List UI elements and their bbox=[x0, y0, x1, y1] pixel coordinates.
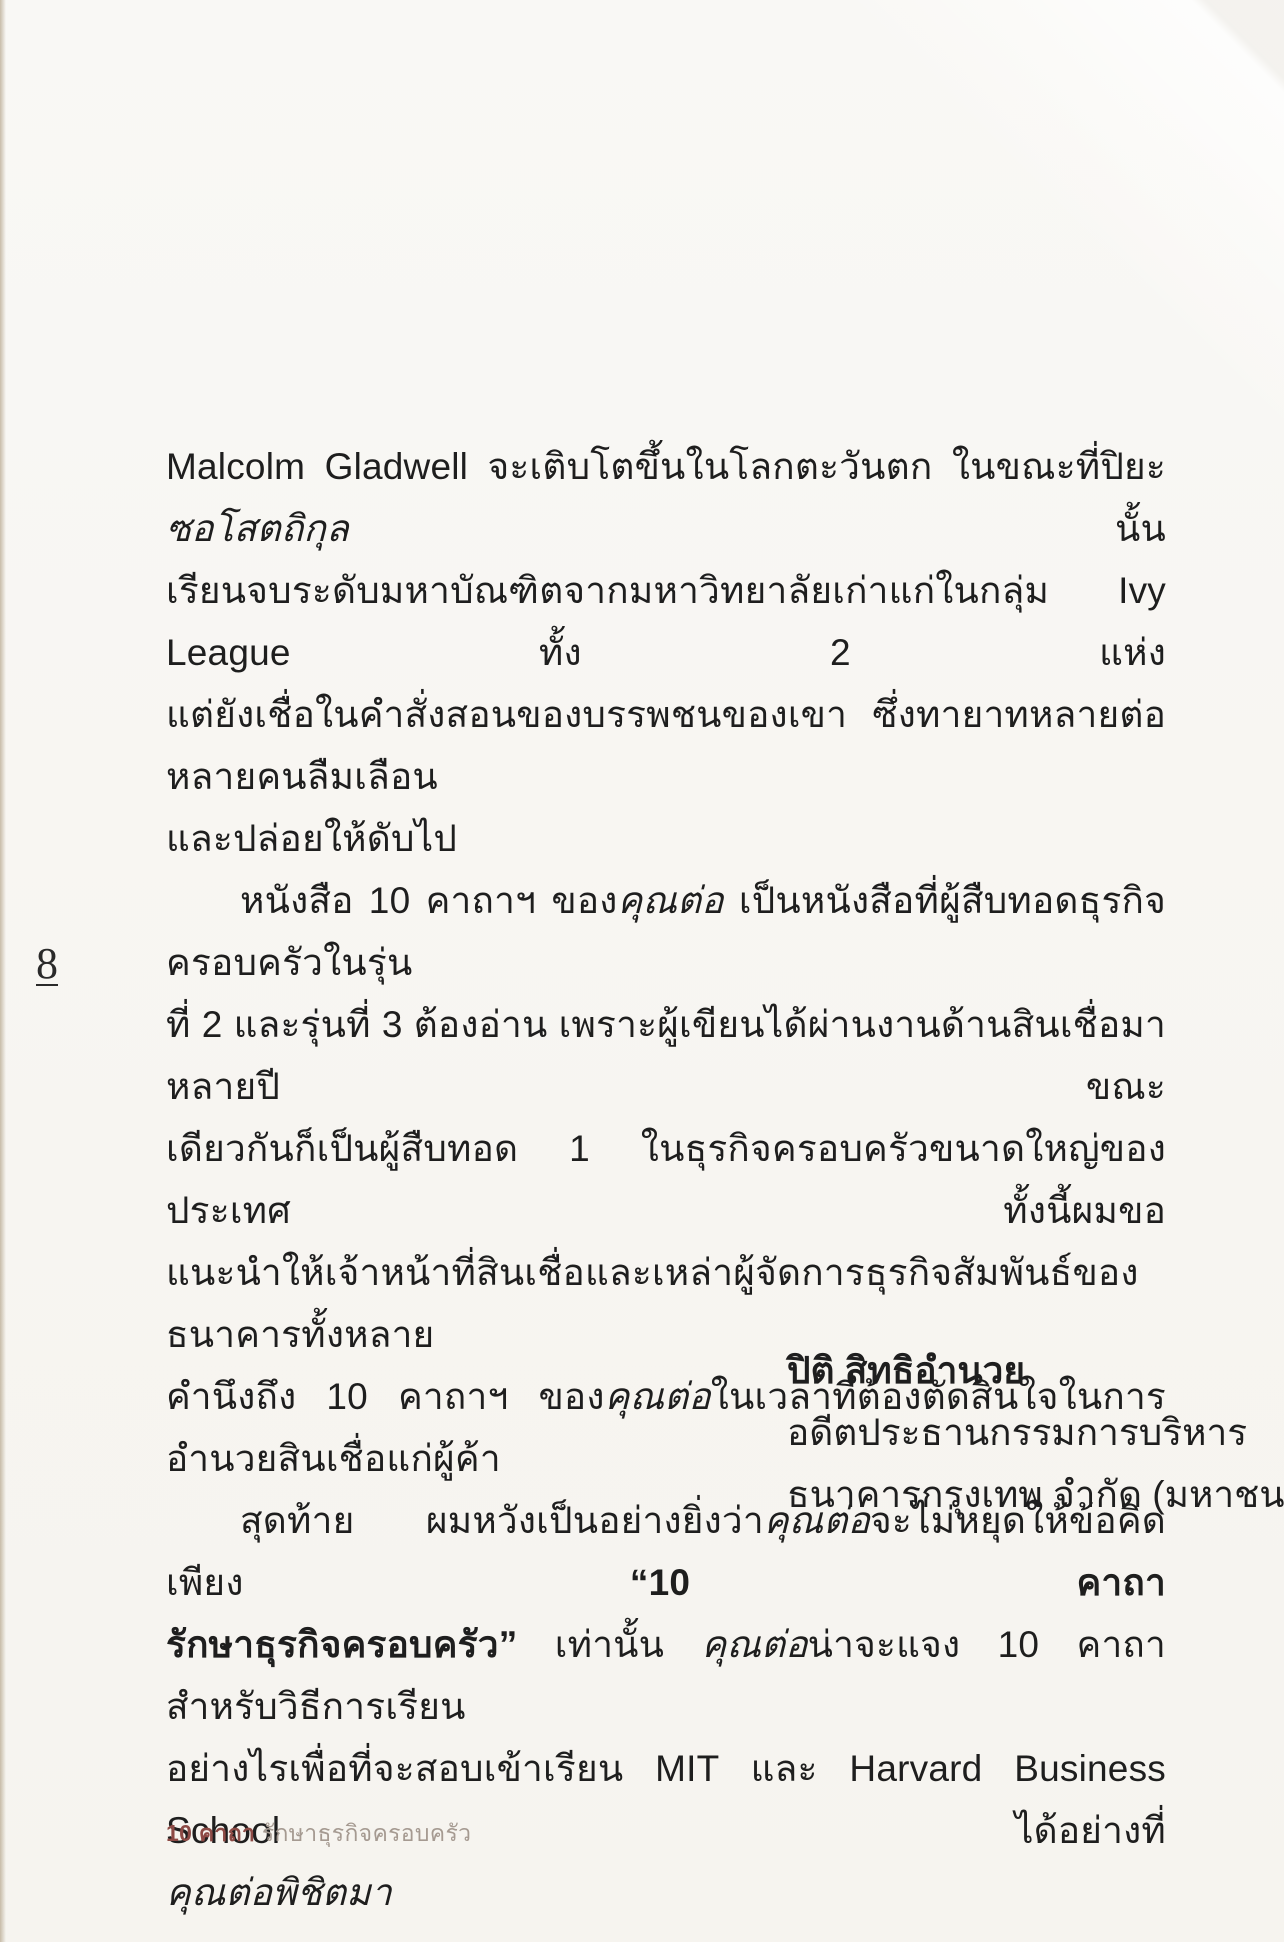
text-line: หนังสือ 10 คาถาฯ ของคุณต่อ เป็นหนังสือที… bbox=[166, 870, 1166, 994]
text-line: ที่ 2 และรุ่นที่ 3 ต้องอ่าน เพราะผู้เขีย… bbox=[166, 994, 1166, 1118]
signature-name: ปิติ สิทธิอำนวย bbox=[787, 1340, 1284, 1402]
text-line: รักษาธุรกิจครอบครัว” เท่านั้น คุณต่อน่าจ… bbox=[166, 1614, 1166, 1738]
footer-book-title-bold: 10 คาถา bbox=[166, 1820, 255, 1846]
signature-block: ปิติ สิทธิอำนวย อดีตประธานกรรมการบริหาร … bbox=[787, 1340, 1284, 1526]
text-line: เดียวกันก็เป็นผู้สืบทอด 1 ในธุรกิจครอบคร… bbox=[166, 1118, 1166, 1242]
text-line: คุณต่อพิชิตมา bbox=[166, 1862, 1166, 1924]
page-footer: 10 คาถา รักษาธุรกิจครอบครัว bbox=[166, 1816, 471, 1852]
footer-book-title-rest: รักษาธุรกิจครอบครัว bbox=[255, 1820, 471, 1846]
book-page: 8 Malcolm Gladwell จะเติบโตขึ้นในโลกตะวั… bbox=[0, 0, 1284, 1942]
signature-organization: ธนาคารกรุงเทพ จำกัด (มหาชน) bbox=[787, 1464, 1284, 1526]
page-number: 8 bbox=[36, 938, 58, 989]
text-line: และปล่อยให้ดับไป bbox=[166, 808, 1166, 870]
text-line: แต่ยังเชื่อในคำสั่งสอนของบรรพชนของเขา ซึ… bbox=[166, 684, 1166, 808]
signature-title: อดีตประธานกรรมการบริหาร bbox=[787, 1402, 1284, 1464]
body-text: Malcolm Gladwell จะเติบโตขึ้นในโลกตะวันต… bbox=[166, 436, 1166, 1924]
text-line: Malcolm Gladwell จะเติบโตขึ้นในโลกตะวันต… bbox=[166, 436, 1166, 560]
text-line: เรียนจบระดับมหาบัณฑิตจากมหาวิทยาลัยเก่าแ… bbox=[166, 560, 1166, 684]
